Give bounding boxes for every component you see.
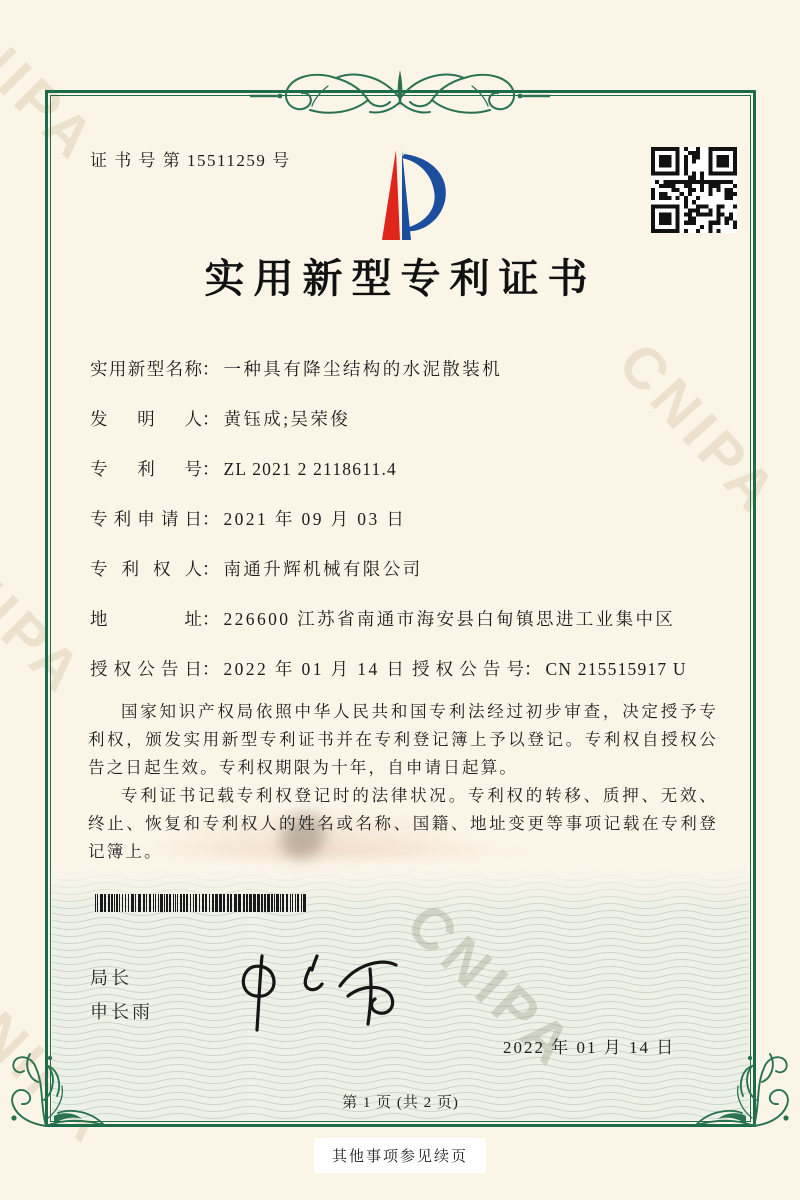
field-value: 226600 江苏省南通市海安县白甸镇思进工业集中区	[224, 609, 676, 629]
grant-number-value: CN 215515917 U	[546, 659, 687, 679]
colon: ：	[202, 656, 220, 681]
field-label: 授权公告号	[412, 656, 524, 681]
colon: ：	[202, 606, 220, 631]
field-row-grant: 授权公告日：2022 年 01 月 14 日 授权公告号：CN 21551591…	[90, 656, 730, 681]
continuation-note: 其他事项参见续页	[314, 1138, 486, 1173]
cnipa-emblem-icon	[336, 128, 468, 246]
field-label: 专利权人	[90, 556, 202, 581]
page-number: 第 1 页 (共 2 页)	[45, 1091, 756, 1112]
colon: ：	[524, 656, 542, 681]
field-row-patentee: 专利权人：南通升辉机械有限公司	[90, 556, 730, 581]
colon: ：	[202, 406, 220, 431]
qr-code	[651, 147, 737, 233]
field-value: ZL 2021 2 2118611.4	[224, 459, 397, 479]
field-label: 专利申请日	[90, 506, 202, 531]
field-value: 黄钰成;吴荣俊	[224, 409, 351, 429]
colon: ：	[202, 356, 220, 381]
director-signature-handwriting	[222, 942, 422, 1037]
field-value: 2021 年 09 月 03 日	[224, 509, 407, 529]
field-label: 发明人	[90, 406, 202, 431]
top-border-ornament	[250, 56, 550, 126]
footer-note-wrap: 其他事项参见续页	[0, 1138, 800, 1173]
legal-paragraph-2: 专利证书记载专利权登记时的法律状况。专利权的转移、质押、无效、终止、恢复和专利权…	[88, 782, 718, 866]
field-row-patent-number: 专利号：ZL 2021 2 2118611.4	[90, 456, 730, 481]
field-label: 专利号	[90, 456, 202, 481]
bottom-right-corner-ornament	[668, 1006, 798, 1136]
patent-certificate-page: { "certificate": { "number_line": "证 书 号…	[0, 0, 800, 1200]
field-label: 地址	[90, 606, 202, 631]
field-label: 实用新型名称	[90, 356, 202, 381]
barcode	[95, 894, 311, 912]
field-row-filing-date: 专利申请日：2021 年 09 月 03 日	[90, 506, 730, 531]
director-name: 申长雨	[90, 998, 153, 1024]
field-value: 一种具有降尘结构的水泥散装机	[224, 359, 503, 379]
field-row-inventors: 发明人：黄钰成;吴荣俊	[90, 406, 730, 431]
legal-text: 国家知识产权局依照中华人民共和国专利法经过初步审查，决定授予专利权，颁发实用新型…	[88, 698, 718, 866]
field-label: 授权公告日	[90, 656, 202, 681]
grant-date-value: 2022 年 01 月 14 日	[224, 659, 407, 679]
field-value: 南通升辉机械有限公司	[224, 559, 423, 579]
colon: ：	[202, 456, 220, 481]
colon: ：	[202, 506, 220, 531]
certificate-number: 证 书 号 第 15511259 号	[90, 146, 291, 171]
certificate-title: 实用新型专利证书	[45, 247, 756, 304]
field-row-invention-name: 实用新型名称：一种具有降尘结构的水泥散装机	[90, 356, 730, 381]
issue-date: 2022 年 01 月 14 日	[503, 1033, 675, 1058]
field-row-address: 地址：226600 江苏省南通市海安县白甸镇思进工业集中区	[90, 606, 730, 631]
director-title: 局长	[90, 964, 132, 990]
legal-paragraph-1: 国家知识产权局依照中华人民共和国专利法经过初步审查，决定授予专利权，颁发实用新型…	[88, 698, 718, 782]
colon: ：	[202, 556, 220, 581]
bottom-left-corner-ornament	[2, 1006, 132, 1136]
